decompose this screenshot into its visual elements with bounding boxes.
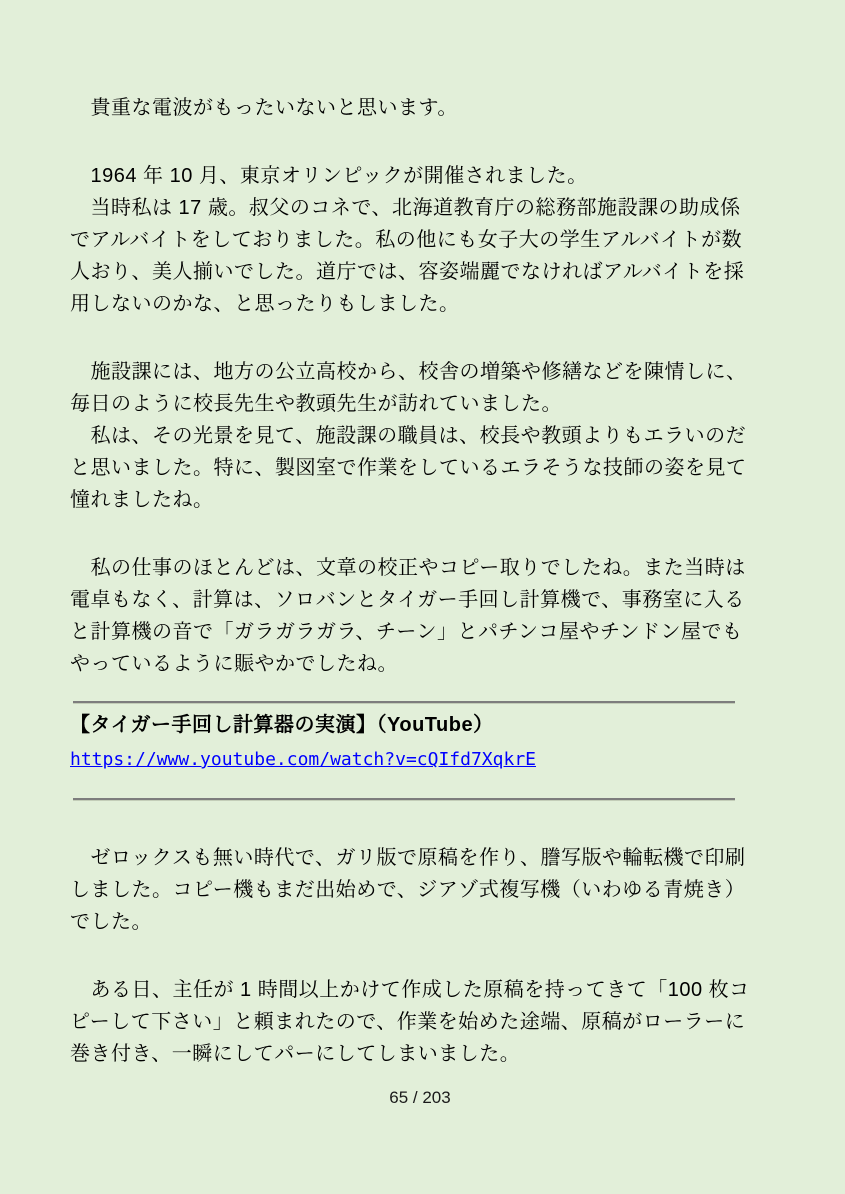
callout-title: 【タイガー手回し計算器の実演】（YouTube） (70, 709, 770, 741)
body-paragraph: 施設課には、地方の公立高校から、校舎の増築や修繕などを陳情しに、 毎日のように校… (70, 356, 770, 516)
body-paragraph: ゼロックスも無い時代で、ガリ版で原稿を作り、謄写版や輪転機で印刷 しました。コピ… (70, 842, 770, 938)
divider-top (73, 701, 735, 703)
body-paragraph: 貴重な電波がもったいないと思います。 (70, 92, 770, 124)
page-number: 65 / 203 (70, 1082, 770, 1114)
youtube-link[interactable]: https://www.youtube.com/watch?v=cQIfd7Xq… (70, 749, 536, 770)
document-page: 貴重な電波がもったいないと思います。 1964 年 10 月、東京オリンピックが… (0, 0, 845, 1194)
divider-bottom (73, 798, 735, 800)
body-paragraph: 1964 年 10 月、東京オリンピックが開催されました。 当時私は 17 歳。… (70, 160, 770, 320)
body-paragraph: ある日、主任が 1 時間以上かけて作成した原稿を持ってきて「100 枚コ ピーし… (70, 974, 770, 1070)
body-paragraph: 私の仕事のほとんどは、文章の校正やコピー取りでしたね。また当時は 電卓もなく、計… (70, 552, 770, 680)
callout-link-line: https://www.youtube.com/watch?v=cQIfd7Xq… (70, 744, 770, 777)
